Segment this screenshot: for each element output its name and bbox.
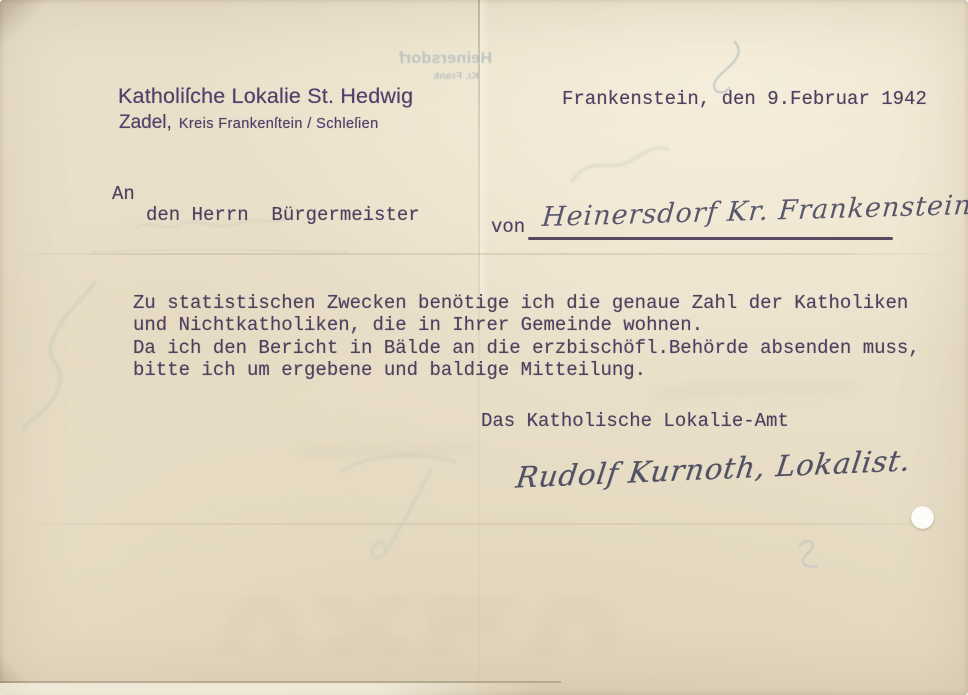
- letterhead-org-name: Katholiſche Lokalie St. Hedwig: [118, 84, 413, 109]
- bleedthrough-scribble: [343, 455, 455, 558]
- bleedthrough-watermark: [230, 600, 605, 650]
- bleedthrough-scribble: [23, 283, 95, 429]
- body-line: bitte ich um ergebene und baldige Mittei…: [133, 359, 646, 382]
- letterhead-address: Zadel,Kreis Frankenſtein / Schleſien: [119, 112, 379, 134]
- bleedthrough-stamp-line1: Heinersdorf: [376, 50, 492, 68]
- closing-line: Das Katholische Lokalie-Amt: [481, 410, 789, 432]
- bleedthrough-stamp-line2: Kr. Frank: [376, 70, 492, 82]
- hole-punch: [911, 506, 934, 529]
- body-line: Da ich den Bericht in Bälde an die erzbi…: [133, 337, 920, 360]
- bleedthrough-scribble: [714, 42, 738, 92]
- sender-underline: [528, 237, 893, 240]
- letterhead-place: Zadel,: [119, 112, 172, 133]
- letterhead-district: Kreis Frankenſtein / Schleſien: [179, 116, 379, 132]
- sender-von-label: von: [491, 216, 525, 238]
- recipient-name: den Herrn Bürgermeister: [146, 204, 420, 226]
- letter-scan: Heinersdorf Kr. Frank Katholiſche Lokali…: [0, 0, 968, 695]
- date-line: Frankenstein, den 9.Februar 1942: [562, 88, 927, 110]
- bleedthrough-scribble: [800, 541, 817, 566]
- recipient-salutation: An: [112, 183, 135, 205]
- bleedthrough-scribble: [572, 148, 668, 181]
- body-line: und Nichtkatholiken, die in Ihrer Gemein…: [133, 314, 703, 337]
- bleedthrough-scribble: [92, 250, 348, 252]
- body-line: Zu statistischen Zwecken benötige ich di…: [133, 292, 908, 315]
